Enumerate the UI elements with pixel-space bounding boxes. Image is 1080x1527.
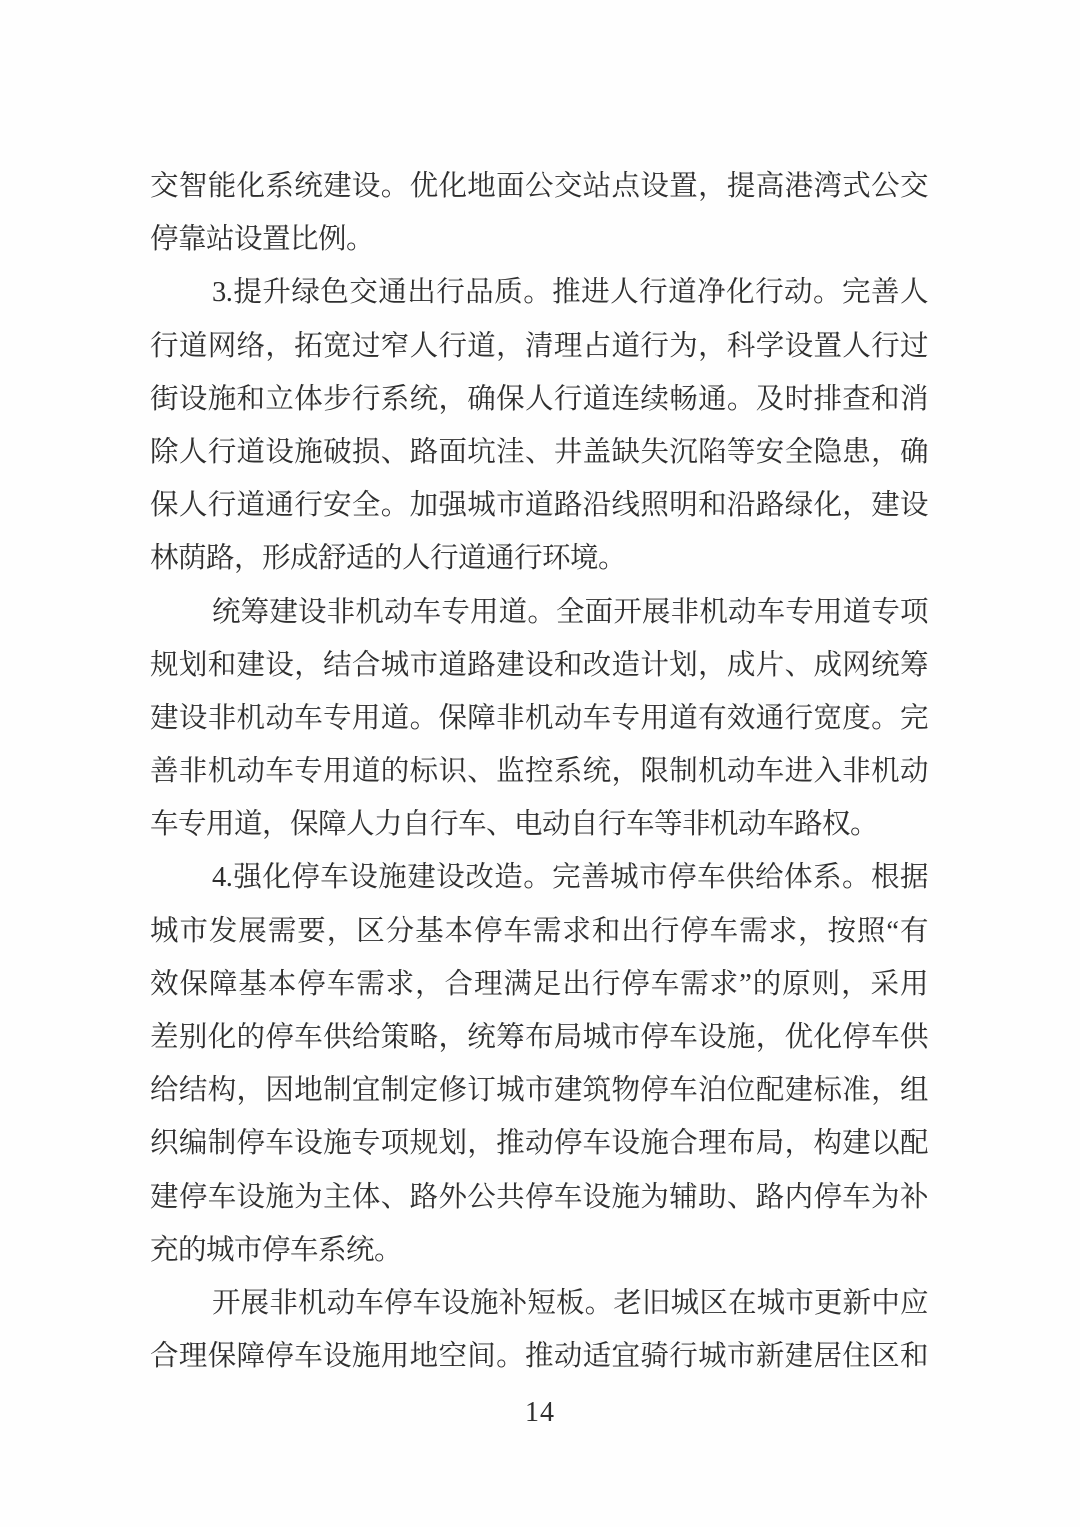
page-number: 14 [0,1393,1080,1433]
text-line: 交智能化系统建设。优化地面公交站点设置，提高港湾式公交 [150,160,928,213]
text-line: 效保障基本停车需求，合理满足出行停车需求”的原则，采用 [150,958,928,1011]
text-line: 给结构，因地制宜制定修订城市建筑物停车泊位配建标准，组 [150,1064,928,1117]
text-line: 统筹建设非机动车专用道。全面开展非机动车专用道专项 [150,586,928,639]
text-line: 合理保障停车设施用地空间。推动适宜骑行城市新建居住区和 [150,1330,928,1383]
document-page: 交智能化系统建设。优化地面公交站点设置，提高港湾式公交 停靠站设置比例。 3.提… [0,0,1080,1527]
text-line: 行道网络，拓宽过窄人行道，清理占道行为，科学设置人行过 [150,320,928,373]
text-line: 车专用道，保障人力自行车、电动自行车等非机动车路权。 [150,798,928,851]
text-line: 充的城市停车系统。 [150,1224,928,1277]
text-line: 保人行道通行安全。加强城市道路沿线照明和沿路绿化，建设 [150,479,928,532]
text-line: 停靠站设置比例。 [150,213,928,266]
text-line: 林荫路，形成舒适的人行道通行环境。 [150,532,928,585]
text-line: 除人行道设施破损、路面坑洼、井盖缺失沉陷等安全隐患，确 [150,426,928,479]
text-line: 差别化的停车供给策略，统筹布局城市停车设施，优化停车供 [150,1011,928,1064]
text-line: 织编制停车设施专项规划，推动停车设施合理布局，构建以配 [150,1117,928,1170]
text-line: 建设非机动车专用道。保障非机动车专用道有效通行宽度。完 [150,692,928,745]
text-line: 街设施和立体步行系统，确保人行道连续畅通。及时排查和消 [150,373,928,426]
text-line: 善非机动车专用道的标识、监控系统，限制机动车进入非机动 [150,745,928,798]
text-line: 开展非机动车停车设施补短板。老旧城区在城市更新中应 [150,1277,928,1330]
text-line: 4.强化停车设施建设改造。完善城市停车供给体系。根据 [150,851,928,904]
document-body: 交智能化系统建设。优化地面公交站点设置，提高港湾式公交 停靠站设置比例。 3.提… [150,160,928,1383]
text-line: 建停车设施为主体、路外公共停车设施为辅助、路内停车为补 [150,1171,928,1224]
text-line: 规划和建设，结合城市道路建设和改造计划，成片、成网统筹 [150,639,928,692]
text-line: 城市发展需要，区分基本停车需求和出行停车需求，按照“有 [150,905,928,958]
text-line: 3.提升绿色交通出行品质。推进人行道净化行动。完善人 [150,266,928,319]
